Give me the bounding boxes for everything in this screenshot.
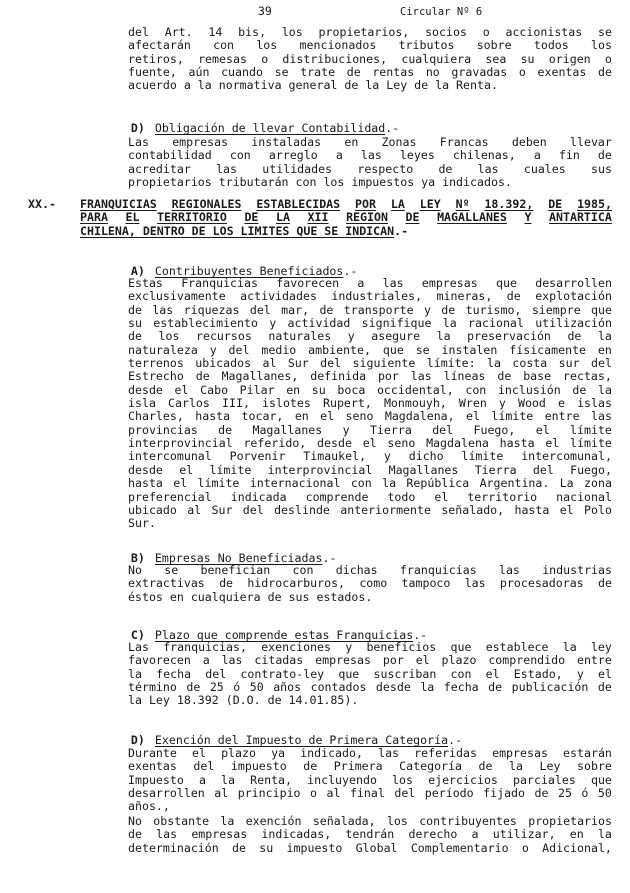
section-number: XX.- [28, 198, 56, 211]
text-line: Noobstantelaexenciónseñalada,loscontribu… [128, 815, 612, 828]
text-line: delasempresasindicadas,tendránderechoaut… [128, 828, 612, 841]
text-line: EstasFranquiciasfavorecenalasempresasque… [128, 277, 612, 290]
text-line: extractivasdehidrocarburos,comotampocola… [128, 577, 612, 590]
text-line: exentasdelimpuestodePrimeraCategoríadela… [128, 760, 612, 773]
text-line: favorecenalascitadasempresasporelplazoco… [128, 654, 612, 667]
subsection-title: Exención del Impuesto de Primera Categor… [155, 733, 448, 747]
document-page: 39 Circular Nº 6 delArt.14bis,lospropiet… [0, 0, 630, 893]
text-line: desarrollenalprincipiooalfinaldelperíodo… [128, 787, 612, 800]
text-line: ImpuestoalaRenta,incluyendolosejercicios… [128, 774, 612, 787]
paragraph-obligacion-contabilidad: LasempresasinstaladasenZonasFrancasdeben… [128, 136, 612, 189]
text-line: acuerdo a la normativa general de la Ley… [128, 79, 612, 92]
text-line: suestablecimientoyactividadsignifiquelar… [128, 317, 612, 330]
text-line: Duranteelplazoyaindicado,lasreferidasemp… [128, 747, 612, 760]
text-line: Nosebeneficiancondichasfranquiciaslasind… [128, 564, 612, 577]
text-line: interprovincialreferido,desdeelsenoMagda… [128, 437, 612, 450]
text-line: éstos en cualquiera de sus estados. [128, 591, 612, 604]
text-line: Lasfranquicias,exencionesybeneficiosquee… [128, 641, 612, 654]
subsection-letter: D) [131, 121, 155, 135]
text-line: propietarios tributarán con los impuesto… [128, 176, 612, 189]
text-line: términode25ó50añoscontadosdesdelafechade… [128, 681, 612, 694]
heading-line: PARAELTERRITORIODELAXIIREGIONDEMAGALLANE… [80, 211, 612, 224]
text-line: delasriquezasdelmar,detransporteydeturis… [128, 304, 612, 317]
text-line: preferencialindicadacomprendetodoelterri… [128, 491, 612, 504]
text-line: Charles,hastatocar,enelsenoMagdalena,ell… [128, 410, 612, 423]
text-line: retiros,remesasodistribuciones,cualquier… [128, 53, 612, 66]
text-line: desdeellímiteinterprovincialMagallanesTi… [128, 464, 612, 477]
intro-paragraph: delArt.14bis,lospropietarios,sociosoacci… [128, 26, 612, 93]
text-line: hastaellímiteinternacionalconlaRepública… [128, 477, 612, 490]
text-line: contabilidadconarregloalasleyeschilenas,… [128, 149, 612, 162]
paragraph-contribuyentes-beneficiados: EstasFranquiciasfavorecenalasempresasque… [128, 277, 612, 531]
heading-line: FRANQUICIASREGIONALESESTABLECIDASPORLALE… [80, 198, 612, 211]
text-line: la Ley 18.392 (D.O. de 14.01.85). [128, 694, 612, 707]
text-line: fuente,aúncuandosetratederentasnogravada… [128, 66, 612, 79]
text-line: terrenosubicadosalSurdelsiguientelímite:… [128, 357, 612, 370]
text-line: ubicadoalSurdeldeslindeanteriormenteseña… [128, 504, 612, 517]
paragraph-plazo-franquicias: Lasfranquicias,exencionesybeneficiosquee… [128, 641, 612, 708]
text-line: determinacióndesuimpuestoGlobalComplemen… [128, 842, 612, 855]
text-line: lafechadelcontrato-leyquesuscribanconelE… [128, 668, 612, 681]
document-reference: Circular Nº 6 [400, 6, 482, 18]
heading-line: CHILENA, DENTRO DE LOS LIMITES QUE SE IN… [80, 225, 612, 238]
text-line: provinciasdeMagallanesyTierradelFuego,el… [128, 424, 612, 437]
text-line: islaCarlosIII,islotesRupert,Monmouyh,Wre… [128, 397, 612, 410]
text-line: acreditarlasutilidadesrespectodelascuale… [128, 163, 612, 176]
text-line: desdeelCaboPilarensubocaoccidental,conin… [128, 384, 612, 397]
subsection-letter: D) [131, 733, 155, 747]
text-line: delArt.14bis,lospropietarios,sociosoacci… [128, 26, 612, 39]
text-line: LasempresasinstaladasenZonasFrancasdeben… [128, 136, 612, 149]
text-line: naturalezaydelmedioambiente,queseinstale… [128, 344, 612, 357]
text-line: intercomunalPorvenirTimaukel,ydicholímit… [128, 450, 612, 463]
paragraph-empresas-no-beneficiadas: Nosebeneficiancondichasfranquiciaslasind… [128, 564, 612, 604]
text-line: años., [128, 800, 612, 813]
section-heading: FRANQUICIASREGIONALESESTABLECIDASPORLALE… [80, 198, 612, 238]
subsection-title: Obligación de llevar Contabilidad [155, 121, 385, 135]
text-line: delosrecursosnaturalesyasegurelapreserva… [128, 330, 612, 343]
paragraph-exencion-global-complementario: Noobstantelaexenciónseñalada,loscontribu… [128, 815, 612, 855]
page-number: 39 [258, 4, 272, 18]
text-line: afectaránconlosmencionadostributossobret… [128, 39, 612, 52]
text-line: Sur. [128, 517, 612, 530]
text-line: exclusivamenteactividadesindustriales,mi… [128, 290, 612, 303]
paragraph-exencion-primera-categoria: Duranteelplazoyaindicado,lasreferidasemp… [128, 747, 612, 814]
text-line: EstrechodeMagallanes,definidaporlaslínea… [128, 370, 612, 383]
